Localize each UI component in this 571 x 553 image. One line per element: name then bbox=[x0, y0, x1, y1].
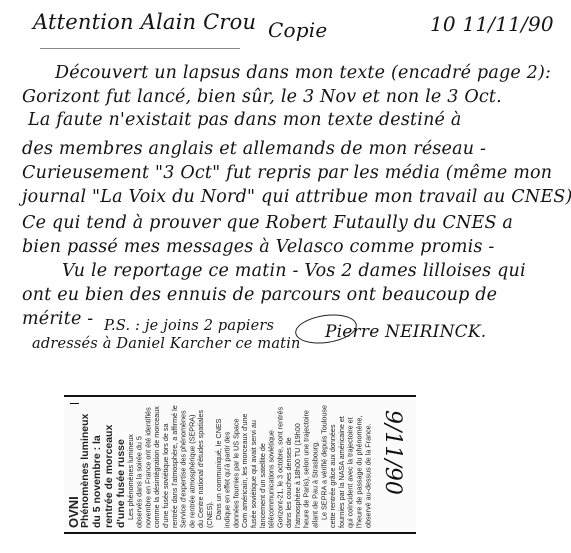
letter-line: Vu le reportage ce matin - Vos 2 dames l… bbox=[62, 261, 526, 281]
letter-line: Curieusement "3 Oct" fut repris par les … bbox=[22, 163, 552, 183]
letter-line: bien passé mes messages à Velasco comme … bbox=[22, 237, 495, 257]
signature: Pierre NEIRINCK. bbox=[325, 322, 486, 342]
letter-line: La faute n'existait pas dans mon texte d… bbox=[28, 110, 462, 130]
letter-line: journal "La Voix du Nord" qui attribue m… bbox=[22, 187, 571, 207]
letter-date: 10 11/11/90 bbox=[430, 12, 554, 36]
letter-line: Gorizont fut lancé, bien sûr, le 3 Nov e… bbox=[22, 87, 502, 107]
letter-line: Ce qui tend à prouver que Robert Futaull… bbox=[22, 213, 513, 233]
letter-line: des membres anglais et allemands de mon … bbox=[22, 139, 486, 159]
clipping-headline: Phénomènes lumineux du 5 novembre : la r… bbox=[79, 404, 127, 528]
postscript-line-2: adressés à Daniel Karcher ce matin bbox=[32, 336, 301, 352]
letter-line: mérite - bbox=[22, 309, 93, 329]
clipping-paragraph: Les phénomènes lumineux observés dans la… bbox=[127, 405, 215, 528]
letter-line: ont eu bien des ennuis de parcours ont b… bbox=[22, 285, 497, 305]
postscript-line-1: P.S. : je joins 2 papiers bbox=[104, 318, 274, 334]
clipping-rubric: OVNI bbox=[70, 403, 79, 528]
letter-line: Découvert un lapsus dans mon texte (enca… bbox=[55, 63, 551, 83]
clipping-body: Les phénomènes lumineux observés dans la… bbox=[127, 401, 373, 528]
clipping-paragraph: Dans un communiqué, le CNES indique en e… bbox=[215, 405, 321, 528]
attention-line: Attention Alain Crou bbox=[33, 10, 256, 34]
copy-mark: Copie bbox=[268, 18, 327, 42]
clipping-text: OVNI Phénomènes lumineux du 5 novembre :… bbox=[64, 397, 416, 532]
clipping-handwritten-date: 9/11/90 bbox=[380, 410, 405, 495]
clipping-paragraph: Le SEPRA a vérifié depuis Toulouse cette… bbox=[320, 405, 373, 528]
underline-divider bbox=[40, 48, 240, 49]
newspaper-clipping: OVNI Phénomènes lumineux du 5 novembre :… bbox=[64, 395, 416, 534]
